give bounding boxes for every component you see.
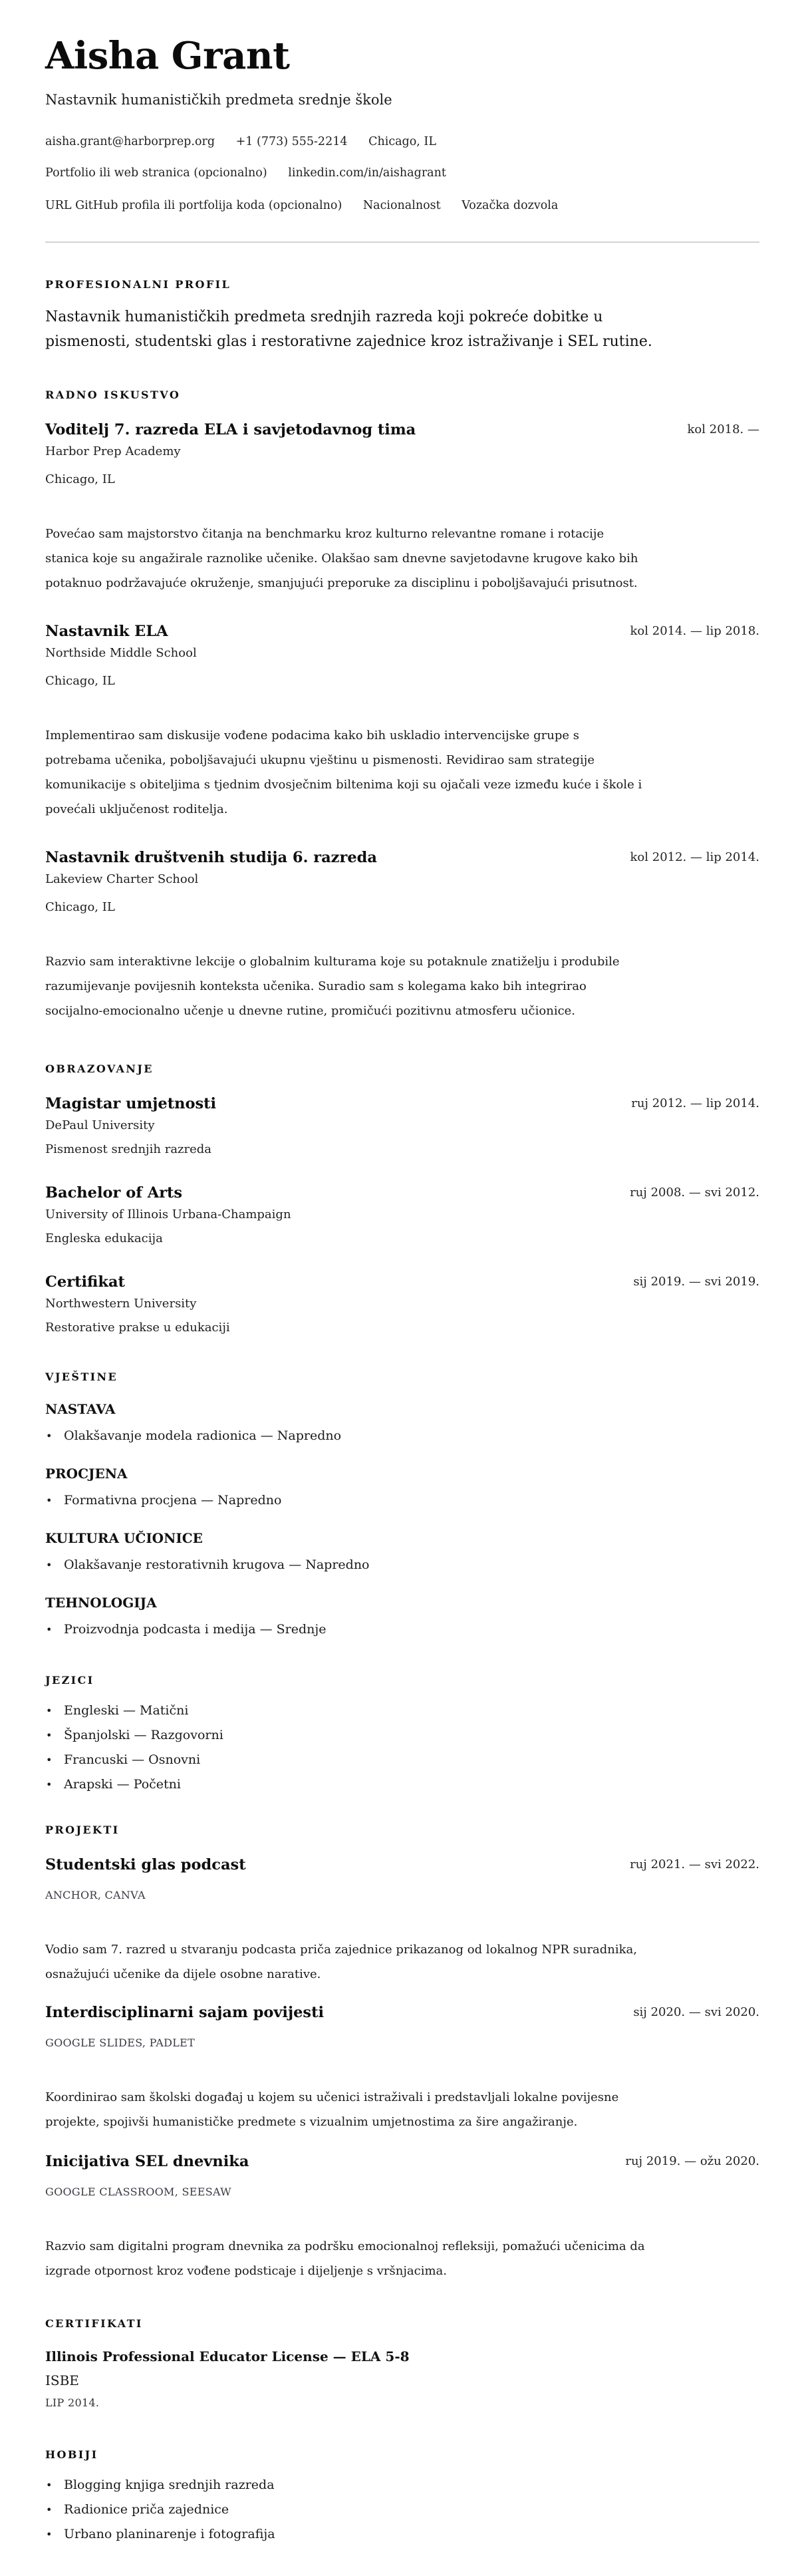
project-date: ruj 2021. — svi 2022. xyxy=(630,1857,759,1871)
education-school: DePaul University xyxy=(45,1118,155,1132)
project-description: Koordinirao sam školski događaj u kojem … xyxy=(45,2085,759,2134)
project-description-line: izgrade otpornost kroz vođene podsticaje… xyxy=(45,2259,759,2283)
job-location: Chicago, IL xyxy=(45,900,115,914)
language-item: Francuski — Osnovni xyxy=(45,1748,223,1772)
section-title-experience: Radno iskustvo xyxy=(45,389,180,401)
project-title: Interdisciplinarni sajam povijesti xyxy=(45,2004,324,2021)
job-description-line: Implementirao sam diskusije vođene podac… xyxy=(45,723,759,748)
job-description-line: potrebama učenika, poboljšavajući ukupnu… xyxy=(45,748,759,772)
candidate-name: Aisha Grant xyxy=(45,37,289,75)
section-title-projects: Projekti xyxy=(45,1824,120,1836)
job-title: Voditelj 7. razreda ELA i savjetodavnog … xyxy=(45,421,416,438)
education-degree: Magistar umjetnosti xyxy=(45,1095,216,1112)
profile-summary: Nastavnik humanističkih predmeta srednji… xyxy=(45,305,759,354)
project-title: Studentski glas podcast xyxy=(45,1856,246,1873)
section-title-profile: Profesionalni profil xyxy=(45,278,231,291)
project-date: ruj 2019. — ožu 2020. xyxy=(625,2154,759,2168)
hobby-item: Blogging knjiga srednjih razreda xyxy=(45,2473,275,2497)
project-description: Vodio sam 7. razred u stvaranju podcasta… xyxy=(45,1937,759,1987)
profile-line: Nastavnik humanističkih predmeta srednji… xyxy=(45,305,759,329)
job-company: Northside Middle School xyxy=(45,646,197,660)
project-description-line: Razvio sam digitalni program dnevnika za… xyxy=(45,2234,759,2259)
skill-category: TEHNOLOGIJA xyxy=(45,1595,157,1611)
job-description-line: Povećao sam majstorstvo čitanja na bench… xyxy=(45,522,759,546)
nationality-text: Nacionalnost xyxy=(363,199,441,212)
job-company: Harbor Prep Academy xyxy=(45,444,181,458)
job-description: Razvio sam interaktivne lekcije o global… xyxy=(45,949,759,1023)
project-description-line: osnažujući učenike da dijele osobne nara… xyxy=(45,1962,759,1987)
job-title: Nastavnik društvenih studija 6. razreda xyxy=(45,849,377,866)
linkedin-link[interactable]: linkedin.com/in/aishagrant xyxy=(288,166,446,180)
skill-item: Olakšavanje modela radionica — Napredno xyxy=(45,1424,341,1448)
job-date: kol 2018. — xyxy=(688,422,759,436)
education-school: Northwestern University xyxy=(45,1297,196,1311)
languages-list: Engleski — MatičniŠpanjolski — Razgovorn… xyxy=(45,1698,223,1797)
project-description-line: projekte, spojivši humanističke predmete… xyxy=(45,2110,759,2134)
job-description-line: razumijevanje povijesnih konteksta učeni… xyxy=(45,974,759,999)
skill-items: Olakšavanje restorativnih krugova — Napr… xyxy=(45,1553,370,1577)
phone-link[interactable]: +1 (773) 555-2214 xyxy=(236,135,348,148)
candidate-headline: Nastavnik humanističkih predmeta srednje… xyxy=(45,92,392,108)
project-tech: ANCHOR, CANVA xyxy=(45,1889,146,1901)
job-description-line: Razvio sam interaktivne lekcije o global… xyxy=(45,949,759,974)
skill-items: Proizvodnja podcasta i medija — Srednje xyxy=(45,1617,327,1642)
job-description: Povećao sam majstorstvo čitanja na bench… xyxy=(45,522,759,595)
job-description-line: potaknuo podržavajuće okruženje, smanjuj… xyxy=(45,571,759,595)
education-date: sij 2019. — svi 2019. xyxy=(633,1275,759,1289)
project-description: Razvio sam digitalni program dnevnika za… xyxy=(45,2234,759,2283)
section-title-hobbies: Hobiji xyxy=(45,2448,98,2461)
location-text: Chicago, IL xyxy=(368,135,436,148)
project-date: sij 2020. — svi 2020. xyxy=(633,2005,759,2019)
section-title-languages: Jezici xyxy=(45,1674,94,1687)
contact-row-1: aisha.grant@harborprep.org +1 (773) 555-… xyxy=(45,135,454,148)
certificate-date: LIP 2014. xyxy=(45,2396,99,2409)
hobbies-list: Blogging knjiga srednjih razredaRadionic… xyxy=(45,2473,275,2547)
job-title: Nastavnik ELA xyxy=(45,623,168,640)
education-school: University of Illinois Urbana-Champaign xyxy=(45,1207,291,1221)
job-description-line: komunikacije s obiteljima s tjednim dvos… xyxy=(45,772,759,797)
project-tech: GOOGLE SLIDES, PADLET xyxy=(45,2036,195,2049)
hobby-item: Radionice priča zajednice xyxy=(45,2497,275,2522)
job-description-line: socijalno-emocionalno učenje u dnevne ru… xyxy=(45,999,759,1023)
education-field: Pismenost srednjih razreda xyxy=(45,1142,211,1156)
job-location: Chicago, IL xyxy=(45,674,115,688)
drivers-license-text: Vozačka dozvola xyxy=(462,199,558,212)
skill-item: Olakšavanje restorativnih krugova — Napr… xyxy=(45,1553,370,1577)
skill-item: Proizvodnja podcasta i medija — Srednje xyxy=(45,1617,327,1642)
certificate-issuer: ISBE xyxy=(45,2372,79,2388)
project-description-line: Vodio sam 7. razred u stvaranju podcasta… xyxy=(45,1937,759,1962)
education-field: Restorative prakse u edukaciji xyxy=(45,1321,230,1335)
contact-row-3: URL GitHub profila ili portfolija koda (… xyxy=(45,199,575,212)
contact-row-2: Portfolio ili web stranica (opcionalno) … xyxy=(45,166,464,180)
education-date: ruj 2012. — lip 2014. xyxy=(631,1096,759,1110)
skill-category: NASTAVA xyxy=(45,1401,116,1417)
job-date: kol 2012. — lip 2014. xyxy=(630,850,759,864)
certificate-title: Illinois Professional Educator License —… xyxy=(45,2348,410,2364)
email-link[interactable]: aisha.grant@harborprep.org xyxy=(45,135,215,148)
header-divider xyxy=(45,241,759,243)
skill-items: Olakšavanje modela radionica — Napredno xyxy=(45,1424,341,1448)
skill-category: PROCJENA xyxy=(45,1466,128,1482)
project-title: Inicijativa SEL dnevnika xyxy=(45,2153,249,2170)
skill-items: Formativna procjena — Napredno xyxy=(45,1488,281,1513)
job-date: kol 2014. — lip 2018. xyxy=(630,624,759,638)
hobby-item: Urbano planinarenje i fotografija xyxy=(45,2522,275,2547)
portfolio-link[interactable]: Portfolio ili web stranica (opcionalno) xyxy=(45,166,267,180)
section-title-education: Obrazovanje xyxy=(45,1062,154,1075)
job-description: Implementirao sam diskusije vođene podac… xyxy=(45,723,759,822)
section-title-certificates: Certifikati xyxy=(45,2317,143,2330)
profile-line: pismenosti, studentski glas i restorativ… xyxy=(45,329,759,354)
education-degree: Bachelor of Arts xyxy=(45,1184,182,1202)
project-tech: GOOGLE CLASSROOM, SEESAW xyxy=(45,2185,231,2198)
github-link[interactable]: URL GitHub profila ili portfolija koda (… xyxy=(45,199,342,212)
language-item: Španjolski — Razgovorni xyxy=(45,1723,223,1748)
education-field: Engleska edukacija xyxy=(45,1231,163,1245)
job-location: Chicago, IL xyxy=(45,472,115,486)
skill-item: Formativna procjena — Napredno xyxy=(45,1488,281,1513)
job-company: Lakeview Charter School xyxy=(45,872,198,886)
language-item: Engleski — Matični xyxy=(45,1698,223,1723)
job-description-line: povećali uključenost roditelja. xyxy=(45,797,759,822)
skill-category: KULTURA UČIONICE xyxy=(45,1530,203,1546)
education-degree: Certifikat xyxy=(45,1273,125,1291)
project-description-line: Koordinirao sam školski događaj u kojem … xyxy=(45,2085,759,2110)
language-item: Arapski — Početni xyxy=(45,1772,223,1797)
education-date: ruj 2008. — svi 2012. xyxy=(630,1186,759,1200)
section-title-skills: Vještine xyxy=(45,1370,118,1383)
job-description-line: stanica koje su angažirale raznolike uče… xyxy=(45,546,759,571)
